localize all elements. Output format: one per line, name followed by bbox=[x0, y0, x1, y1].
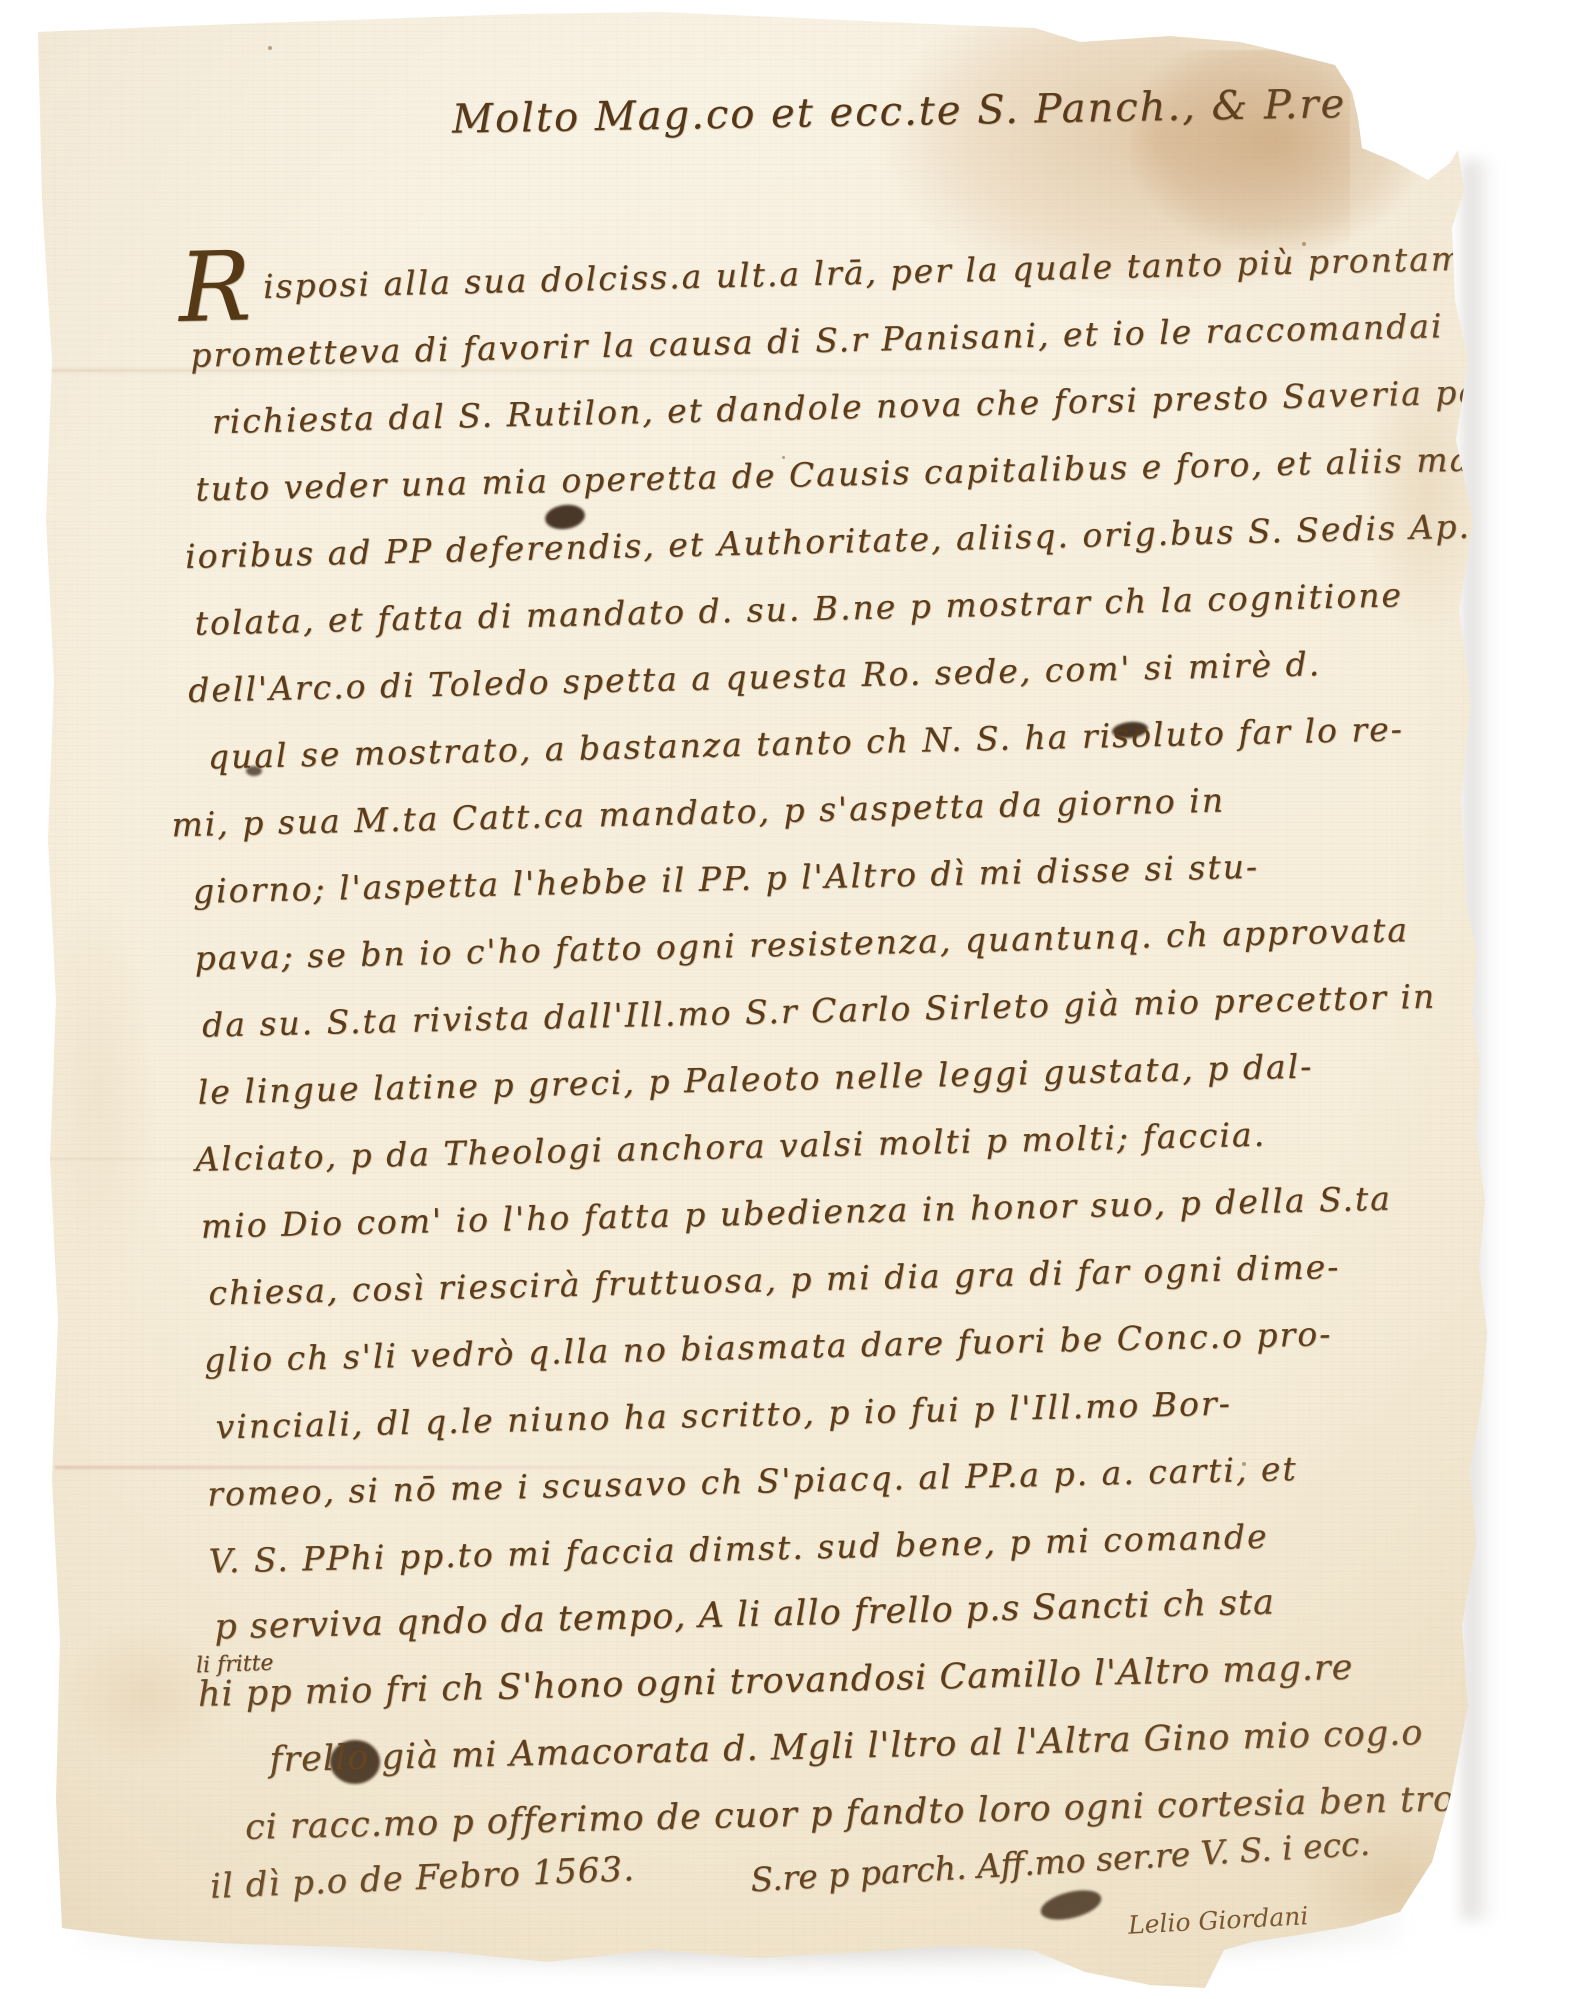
manuscript-line: da su. S.ta rivista dall'Ill.mo S.r Carl… bbox=[201, 961, 1486, 1058]
letter-sheet: Molto Mag.co et ecc.te S. Panch., & P.re… bbox=[0, 0, 1580, 1999]
manuscript-line: frello già mi Amacorata d. Mgli l'ltro a… bbox=[269, 1698, 1504, 1794]
ink-blot bbox=[1038, 1885, 1104, 1925]
interlinear-insertion: li fritte bbox=[196, 1651, 274, 1679]
fold-crease bbox=[40, 369, 1460, 372]
corner-stain bbox=[60, 1620, 230, 1770]
manuscript-line: romeo, si nō me i scusavo ch S'piacq. al… bbox=[206, 1430, 1497, 1527]
manuscript-line: hi pp mio fri ch S'hono ogni trovandosi … bbox=[197, 1631, 1502, 1729]
manuscript-line: chiesa, così riescirà fruttuosa, p mi di… bbox=[208, 1229, 1493, 1326]
manuscript-line: pava; se bn io c'ho fatto ogni resistenz… bbox=[194, 894, 1485, 991]
manuscript-line: Risposi alla sua dolciss.a ult.a lrā, pe… bbox=[178, 225, 1469, 322]
manuscript-line: Alciato, p da Theologi anchora valsi mol… bbox=[195, 1095, 1490, 1192]
foxing-speck bbox=[782, 456, 785, 459]
foxing-speck bbox=[1242, 1462, 1246, 1466]
scanned-letter-photo: Molto Mag.co et ecc.te S. Panch., & P.re… bbox=[0, 0, 1580, 1999]
signature: Lelio Giordani bbox=[1127, 1901, 1309, 1939]
manuscript-line: le lingue latine p greci, p Paleoto nell… bbox=[197, 1028, 1488, 1125]
torn-edge-stain bbox=[1130, 50, 1420, 250]
manuscript-line: glio ch s'li vedrò q.lla no biasmata dar… bbox=[203, 1296, 1494, 1393]
ink-blot bbox=[544, 502, 587, 531]
manuscript-line: p serviva qndo da tempo, A li allo frell… bbox=[214, 1564, 1501, 1661]
manuscript-line: dell'Arc.o di Toledo spetta a questa Ro.… bbox=[187, 626, 1478, 723]
fold-crease bbox=[45, 1158, 1475, 1160]
manuscript-line: ioribus ad PP deferendis, et Authoritate… bbox=[184, 493, 1475, 590]
manuscript-line: prometteva di favorir la causa di S.r Pa… bbox=[190, 292, 1471, 389]
foxing-speck bbox=[268, 46, 272, 50]
manuscript-line: tolata, et fatta di mandato d. su. B.ne … bbox=[194, 560, 1477, 657]
edge-stain bbox=[40, 880, 160, 1300]
manuscript-line: mio Dio com' io l'ho fatta p ubedienza i… bbox=[200, 1162, 1491, 1259]
manuscript-line: vinciali, dl q.le niuno ha scritto, p io… bbox=[215, 1363, 1496, 1460]
manuscript-line: tuto veder una mia operetta de Causis ca… bbox=[195, 426, 1474, 523]
closing-line: S.re p parch. Aff.mo ser.re V. S. i ecc. bbox=[749, 1824, 1371, 1900]
salutation-line: Molto Mag.co et ecc.te S. Panch., & P.re… bbox=[452, 79, 1442, 142]
ink-blot bbox=[1111, 720, 1148, 740]
fold-crease bbox=[55, 1466, 755, 1469]
ink-blot bbox=[330, 1740, 380, 1784]
manuscript-line: richiesta dal S. Rutilon, et dandole nov… bbox=[211, 359, 1472, 456]
foxing-speck bbox=[422, 1618, 425, 1621]
manuscript-line: mi, p sua M.ta Catt.ca mandato, p s'aspe… bbox=[171, 760, 1482, 858]
foxing-speck bbox=[1302, 242, 1306, 246]
letter-body: Risposi alla sua dolciss.a ult.a lrā, pe… bbox=[178, 225, 1506, 1863]
ink-blot bbox=[246, 766, 262, 776]
manuscript-line: ci racc.mo p offerimo de cuor p fandto l… bbox=[244, 1765, 1505, 1862]
manuscript-line: qual se mostrato, a bastanza tanto ch N.… bbox=[207, 693, 1480, 790]
manuscript-line: V. S. PPhi pp.to mi faccia dimst. sud be… bbox=[208, 1497, 1499, 1594]
manuscript-line: giorno; l'aspetta l'hebbe il PP. p l'Alt… bbox=[192, 827, 1483, 924]
date-line: il dì p.o de Febro 1563. bbox=[209, 1849, 635, 1907]
water-stain bbox=[880, 20, 1350, 300]
